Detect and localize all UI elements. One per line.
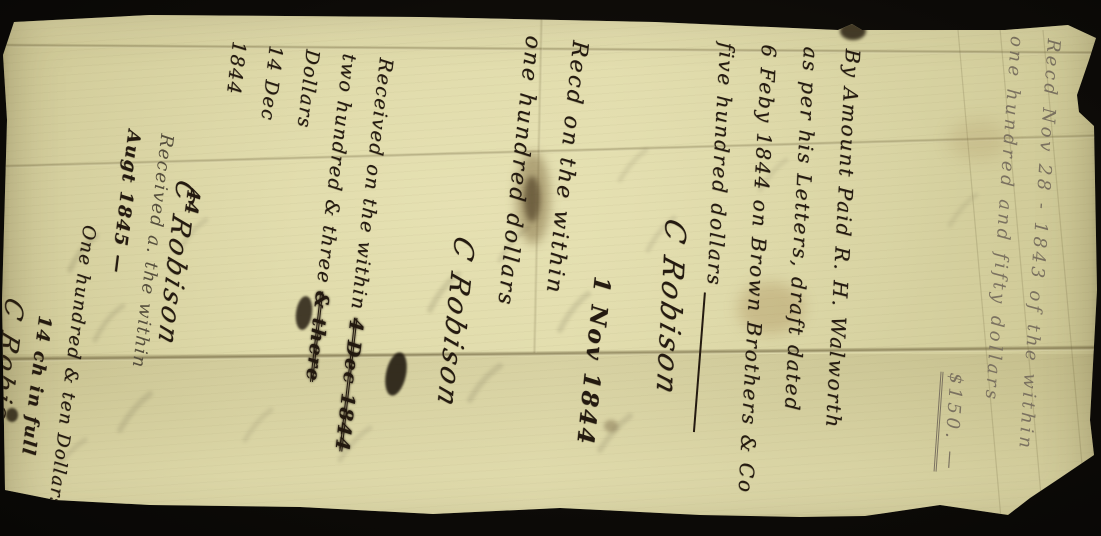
handwritten-text: Dollars bbox=[293, 48, 324, 129]
handwritten-text: 1 Nov 1844 bbox=[571, 275, 616, 448]
receipt-paper: Recd Nov 28 - 1843 of the within one hun… bbox=[0, 0, 1101, 536]
handwritten-text: five hundred dollars bbox=[702, 42, 739, 288]
receipt-entry-feb-1844: By Amount Paid R. H. Walworth as per his… bbox=[641, 39, 874, 499]
handwritten-text: 44 bbox=[180, 186, 204, 216]
struck-out-words: & there bbox=[301, 290, 333, 383]
underline-flourish bbox=[693, 292, 706, 432]
handwritten-text: 14 Dec bbox=[256, 44, 287, 122]
amount-figure: $150. — bbox=[934, 372, 967, 473]
handwritten-text: 1844 bbox=[222, 40, 250, 97]
photo-background: Recd Nov 28 - 1843 of the within one hun… bbox=[0, 0, 1101, 536]
handwritten-text: C Robison bbox=[650, 215, 693, 402]
